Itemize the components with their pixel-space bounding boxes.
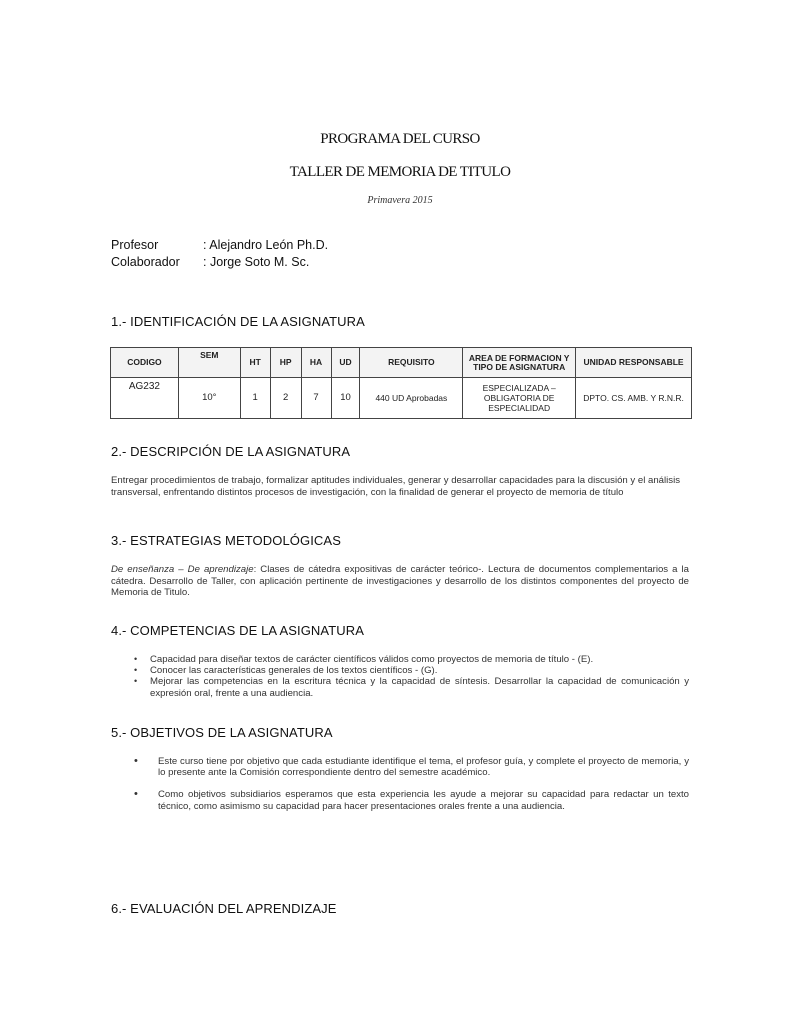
professor-label: Profesor: [111, 238, 203, 252]
header-requisito: REQUISITO: [360, 348, 463, 378]
cell-hp: 2: [270, 378, 301, 419]
table-header-row: CODIGO SEM HT HP HA UD REQUISITO AREA DE…: [111, 348, 692, 378]
cell-ud: 10: [331, 378, 360, 419]
header-unidad-responsable: UNIDAD RESPONSABLE: [576, 348, 692, 378]
section-title-estrategias: 3.- ESTRATEGIAS METODOLÓGICAS: [111, 533, 341, 548]
professor-name: : Alejandro León Ph.D.: [203, 238, 328, 252]
section-title-descripcion: 2.- DESCRIPCIÓN DE LA ASIGNATURA: [111, 444, 350, 459]
cell-sem: 10°: [178, 378, 240, 419]
list-item: Este curso tiene por objetivo que cada e…: [134, 756, 689, 778]
header-codigo: CODIGO: [111, 348, 179, 378]
section-title-evaluacion: 6.- EVALUACIÓN DEL APRENDIZAJE: [111, 901, 337, 916]
header-hp: HP: [270, 348, 301, 378]
header-ud: UD: [331, 348, 360, 378]
professor-line: Profesor: Alejandro León Ph.D.: [111, 238, 328, 252]
list-item: Capacidad para diseñar textos de carácte…: [134, 654, 689, 665]
list-item: Mejorar las competencias en la escritura…: [134, 676, 689, 698]
collaborator-label: Colaborador: [111, 255, 203, 269]
list-item: Como objetivos subsidiarios esperamos qu…: [134, 789, 689, 811]
description-paragraph: Entregar procedimientos de trabajo, form…: [111, 475, 689, 498]
section-title-competencias: 4.- COMPETENCIAS DE LA ASIGNATURA: [111, 623, 364, 638]
document-title: PROGRAMA DEL CURSO: [0, 131, 800, 148]
cell-requisito: 440 UD Aprobadas: [360, 378, 463, 419]
header-sem: SEM: [178, 348, 240, 378]
list-item: Conocer las características generales de…: [134, 665, 689, 676]
collaborator-line: Colaborador: Jorge Soto M. Sc.: [111, 255, 309, 269]
header-area-formacion: AREA DE FORMACION Y TIPO DE ASIGNATURA: [463, 348, 576, 378]
identification-table: CODIGO SEM HT HP HA UD REQUISITO AREA DE…: [110, 347, 692, 419]
cell-unidad-responsable: DPTO. CS. AMB. Y R.N.R.: [576, 378, 692, 419]
section-title-objetivos: 5.- OBJETIVOS DE LA ASIGNATURA: [111, 725, 333, 740]
course-name: TALLER DE MEMORIA DE TITULO: [0, 164, 800, 181]
cell-ha: 7: [301, 378, 331, 419]
header-ht: HT: [240, 348, 270, 378]
document-page: PROGRAMA DEL CURSO TALLER DE MEMORIA DE …: [0, 0, 800, 1035]
cell-ht: 1: [240, 378, 270, 419]
collaborator-name: : Jorge Soto M. Sc.: [203, 255, 309, 269]
section-title-identificacion: 1.- IDENTIFICACIÓN DE LA ASIGNATURA: [111, 314, 365, 329]
competencies-list: Capacidad para diseñar textos de carácte…: [134, 654, 689, 699]
table-row: AG232 10° 1 2 7 10 440 UD Aprobadas ESPE…: [111, 378, 692, 419]
objectives-list: Este curso tiene por objetivo que cada e…: [134, 756, 689, 823]
cell-codigo: AG232: [111, 378, 179, 419]
header-ha: HA: [301, 348, 331, 378]
cell-area-formacion: ESPECIALIZADA – OBLIGATORIA DE ESPECIALI…: [463, 378, 576, 419]
term-label: Primavera 2015: [0, 195, 800, 206]
strategies-paragraph: De enseñanza – De aprendizaje: Clases de…: [111, 564, 689, 599]
strategies-lead: De enseñanza – De aprendizaje: [111, 564, 254, 575]
